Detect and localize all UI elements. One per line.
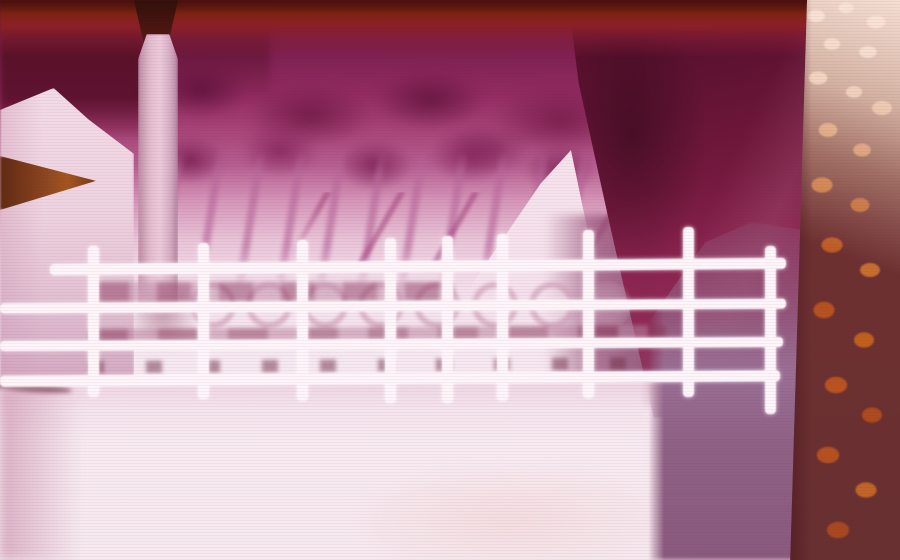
fence-rail-top [50, 258, 786, 275]
fence-post [442, 236, 453, 403]
fence-post [683, 227, 694, 397]
fence-post [497, 234, 508, 401]
fence-post [765, 246, 776, 414]
fence-post [198, 243, 209, 399]
fence-post [297, 240, 308, 401]
fence-post [583, 230, 594, 398]
fence-post [88, 246, 99, 397]
guard-fence [0, 0, 900, 560]
fence-post [385, 238, 396, 403]
faded-photo [0, 0, 900, 560]
